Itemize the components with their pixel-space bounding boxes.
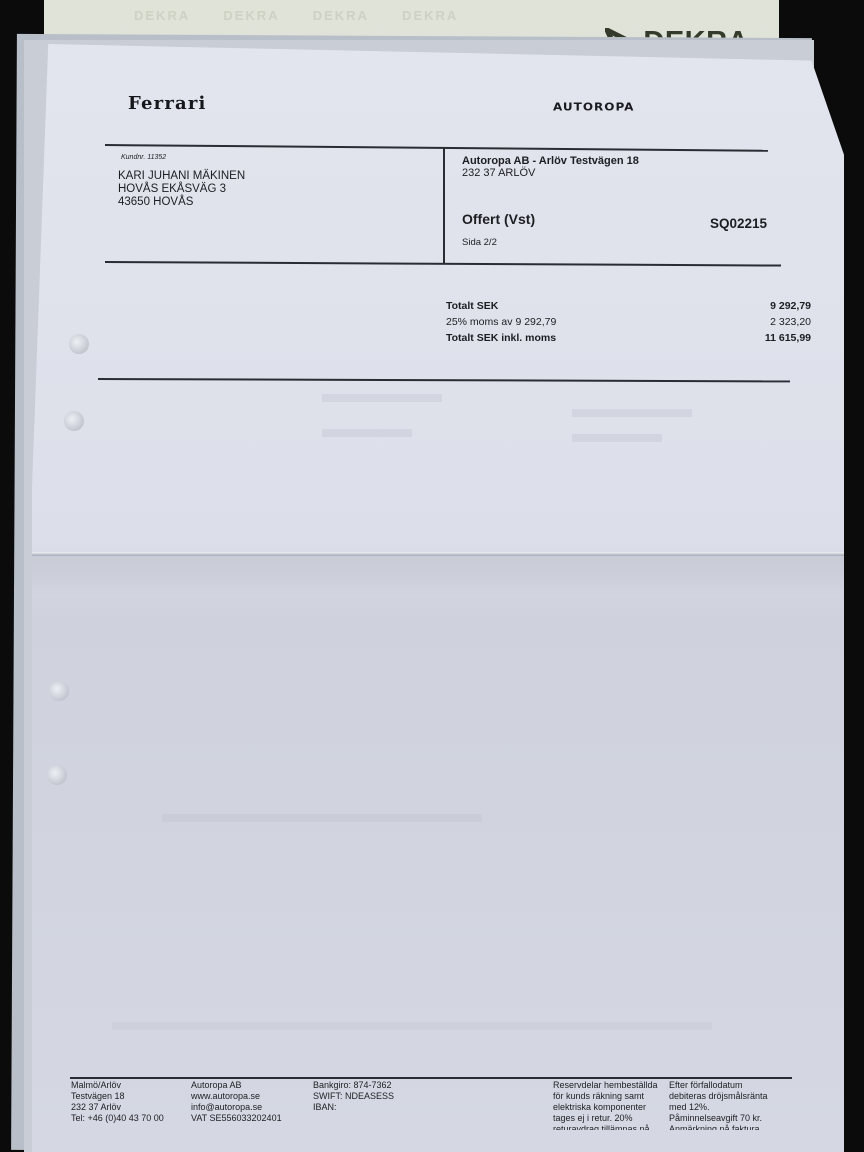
- totals-row-gross: Totalt SEK inkl. moms 11 615,99: [446, 330, 811, 346]
- totals-block: Totalt SEK 9 292,79 25% moms av 9 292,79…: [446, 298, 811, 346]
- footer-text: Påminnelseavgift 70 kr.: [669, 1113, 789, 1124]
- punch-hole: [64, 411, 84, 431]
- footer-text: Testvägen 18: [71, 1091, 164, 1102]
- footer-text: debiteras dröjsmålsränta: [669, 1091, 789, 1102]
- footer-text: Tel: +46 (0)40 43 70 00: [71, 1113, 164, 1124]
- punch-hole: [47, 765, 67, 785]
- punch-hole: [69, 334, 89, 354]
- bleed-through-mark: [572, 409, 692, 417]
- bleed-through-mark: [322, 394, 442, 402]
- footer-address: Malmö/Arlöv Testvägen 18 232 37 Arlöv Te…: [71, 1080, 164, 1124]
- footer-payment-terms: Efter förfallodatum debiteras dröjsmålsr…: [669, 1080, 789, 1130]
- footer-text: info@autoropa.se: [191, 1102, 282, 1113]
- footer-text: Autoropa AB: [191, 1080, 282, 1091]
- page-number: Sida 2/2: [462, 237, 497, 248]
- seller-line-2: 232 37 ARLÖV: [462, 167, 639, 179]
- bleed-through-mark: [162, 814, 482, 822]
- totals-value: 11 615,99: [765, 332, 811, 344]
- bleed-through-mark: [572, 434, 662, 442]
- totals-label: Totalt SEK inkl. moms: [446, 332, 556, 344]
- totals-rule: [98, 378, 790, 382]
- totals-label: 25% moms av 9 292,79: [446, 316, 556, 328]
- footer-text: elektriska komponenter: [553, 1102, 663, 1113]
- footer-text: returavdrag tillämpas på: [553, 1124, 663, 1130]
- ferrari-logo: Ferrari: [128, 93, 207, 114]
- totals-value: 2 323,20: [770, 316, 811, 328]
- footer-text: VAT SE556033202401: [191, 1113, 282, 1124]
- customer-postal-city: 43650 HOVÅS: [118, 196, 245, 209]
- quote-page: Ferrari AUTOROPA Kundnr. 11352 KARI JUHA…: [32, 44, 844, 1152]
- header-divider: [443, 147, 445, 263]
- document-title: Offert (Vst): [462, 211, 535, 227]
- footer-text: SWIFT: NDEASESS: [313, 1091, 394, 1102]
- header-top-rule: [105, 144, 768, 151]
- fold-shadow: [32, 556, 844, 596]
- footer-returns-terms: Reservdelar hembeställda för kunds räkni…: [553, 1080, 663, 1130]
- bleed-through-mark: [322, 429, 412, 437]
- footer-text: tages ej i retur. 20%: [553, 1113, 663, 1124]
- footer-text: Anmärkning på faktura: [669, 1124, 789, 1130]
- footer-text: Bankgiro: 874-7362: [313, 1080, 394, 1091]
- seller-line-1: Autoropa AB - Arlöv Testvägen 18: [462, 155, 639, 167]
- footer-rule: [70, 1077, 792, 1079]
- footer-bank: Bankgiro: 874-7362 SWIFT: NDEASESS IBAN:: [313, 1080, 394, 1113]
- document-number: SQ02215: [710, 216, 767, 231]
- footer-text: Malmö/Arlöv: [71, 1080, 164, 1091]
- footer-text: IBAN:: [313, 1102, 394, 1113]
- paper-fold: [32, 552, 844, 556]
- customer-street: HOVÅS EKÅSVÄG 3: [118, 183, 245, 196]
- customer-number: Kundnr. 11352: [121, 154, 166, 161]
- footer-text: för kunds räkning samt: [553, 1091, 663, 1102]
- footer-text: Reservdelar hembeställda: [553, 1080, 663, 1091]
- footer-text: Efter förfallodatum: [669, 1080, 789, 1091]
- customer-address: KARI JUHANI MÄKINEN HOVÅS EKÅSVÄG 3 4365…: [118, 170, 245, 209]
- footer-text: 232 37 Arlöv: [71, 1102, 164, 1113]
- customer-name: KARI JUHANI MÄKINEN: [118, 170, 245, 183]
- bleed-through-mark: [112, 1022, 712, 1030]
- footer-text: www.autoropa.se: [191, 1091, 282, 1102]
- dekra-watermark: DEKRA DEKRA DEKRA DEKRA: [134, 8, 458, 23]
- totals-row-net: Totalt SEK 9 292,79: [446, 298, 811, 314]
- autoropa-logo: AUTOROPA: [553, 101, 634, 113]
- seller-address: Autoropa AB - Arlöv Testvägen 18 232 37 …: [462, 155, 639, 179]
- footer-company: Autoropa AB www.autoropa.se info@autorop…: [191, 1080, 282, 1124]
- punch-hole: [49, 681, 69, 701]
- footer-text: med 12%.: [669, 1102, 789, 1113]
- totals-value: 9 292,79: [770, 300, 811, 312]
- totals-label: Totalt SEK: [446, 300, 498, 312]
- totals-row-vat: 25% moms av 9 292,79 2 323,20: [446, 314, 811, 330]
